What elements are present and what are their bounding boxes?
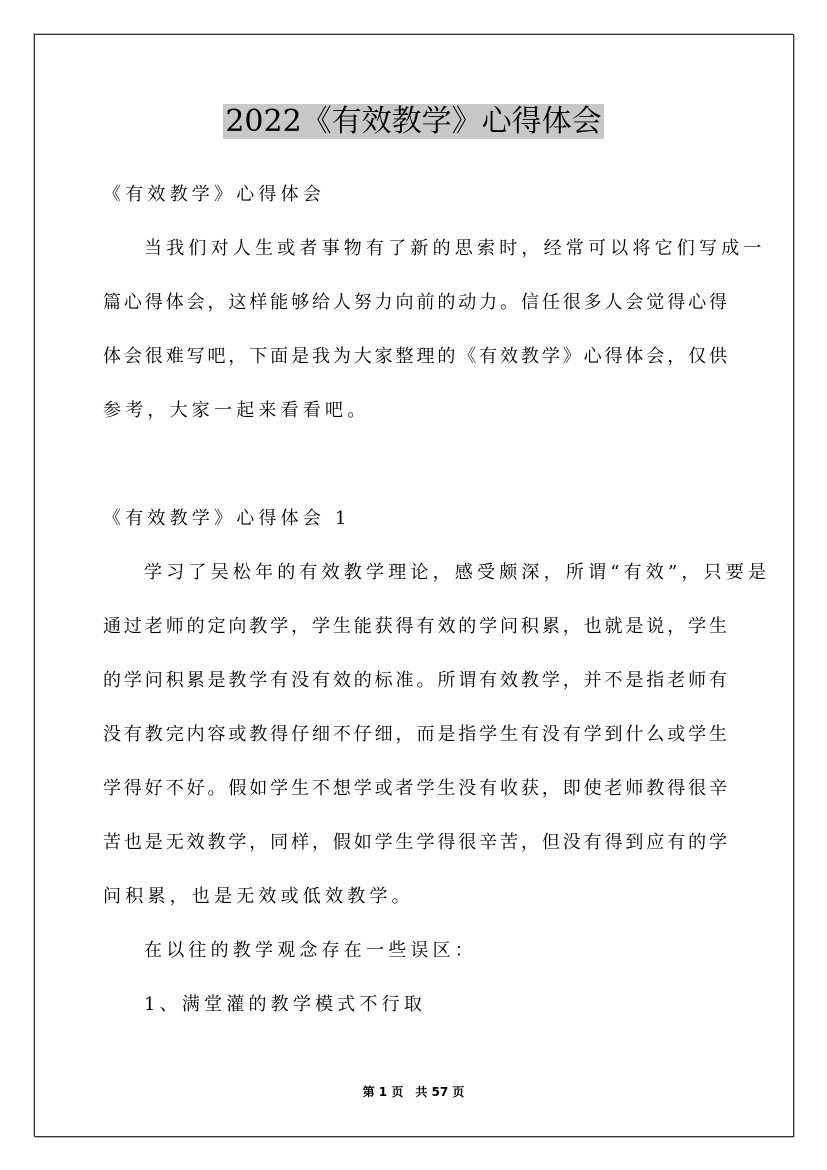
section-line: 的学问积累是教学有没有效的标准。所谓有效教学，并不是指老师有: [103, 666, 727, 696]
section-line: 没有教完内容或教得仔细不仔细，而是指学生有没有学到什么或学生: [103, 720, 727, 750]
intro-line: 参考，大家一起来看看吧。: [103, 396, 369, 426]
section-line: 学得好不好。假如学生不想学或者学生没有收获，即使老师教得很辛: [103, 774, 727, 804]
section-line: 学习了吴松年的有效教学理论，感受颇深，所谓“有效”，只要是: [103, 558, 770, 588]
intro-line: 当我们对人生或者事物有了新的思索时，经常可以将它们写成一: [103, 234, 766, 264]
section-heading: 《有效教学》心得体会 1: [103, 504, 351, 534]
section-line: 问积累，也是无效或低效教学。: [103, 882, 414, 912]
section-line: 通过老师的定向教学，学生能获得有效的学问积累，也就是说，学生: [103, 612, 727, 642]
intro-line: 体会很难写吧，下面是我为大家整理的《有效教学》心得体会，仅供: [103, 342, 727, 372]
page-footer: 第 1 页 共 57 页: [0, 1083, 827, 1100]
list-item: 1、满堂灌的教学模式不行取: [103, 990, 426, 1020]
subtitle: 《有效教学》心得体会: [103, 180, 325, 210]
page-number: 第 1 页 共 57 页: [363, 1085, 465, 1099]
section-line: 苦也是无效教学，同样，假如学生学得很辛苦，但没有得到应有的学: [103, 828, 727, 858]
title-text: 2022《有效教学》心得体会: [223, 104, 603, 139]
paragraph: 在以往的教学观念存在一些误区：: [103, 936, 477, 966]
document-title: 2022《有效教学》心得体会: [0, 100, 827, 144]
intro-line: 篇心得体会，这样能够给人努力向前的动力。信任很多人会觉得心得: [103, 288, 727, 318]
